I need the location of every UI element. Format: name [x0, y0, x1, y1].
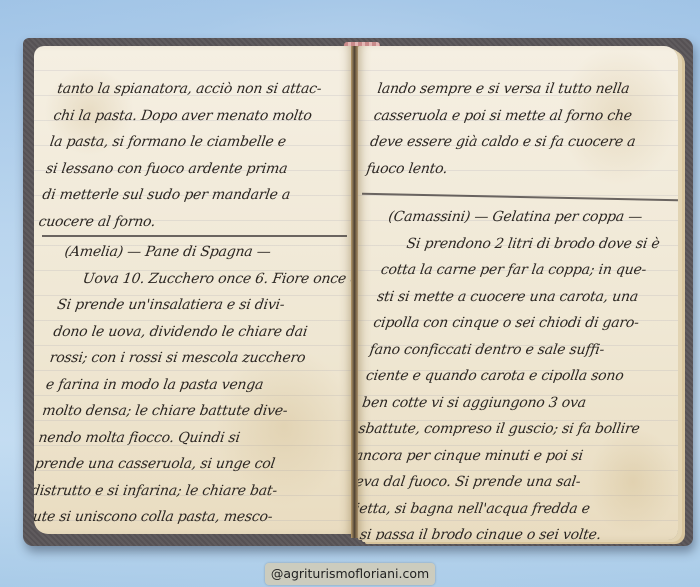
text-line: e farina in modo la pasta venga	[44, 372, 350, 399]
text-line: di metterle sul sudo per mandarle a	[41, 182, 309, 209]
right-page: lando sempre e si versa il tutto nella c…	[358, 46, 678, 540]
text-line: rossi; con i rossi si mescola zucchero	[48, 345, 352, 372]
text-line: casseruola e poi si mette al forno che	[372, 103, 641, 130]
text-line: dono le uova, dividendo le chiare dai	[52, 319, 352, 346]
recipe-author: (Camassini)	[387, 209, 471, 225]
text-line: nendo molta fiocco. Quindi si	[37, 425, 343, 452]
text-line: molto densa; le chiare battute dive-	[40, 398, 346, 425]
text-line: cipolla con cinque o sei chiodi di garo-	[372, 310, 657, 337]
text-line: tanto la spianatora, acciò non si attac-	[55, 76, 323, 103]
text-line: cotta la carne per far la coppa; in que-	[379, 257, 664, 284]
text-line: Uova 10. Zucchero once 6. Fiore once 6.	[59, 266, 352, 293]
watermark-label: @agriturismofloriani.com	[265, 563, 435, 585]
right-continuation-text: lando sempre e si versa il tutto nella c…	[365, 76, 645, 182]
section-divider	[42, 235, 347, 237]
text-line: ben cotte vi si aggiungono 3 ova	[360, 390, 645, 417]
recipe-title: Gelatina per coppa	[491, 209, 625, 225]
text-line: Si prendono 2 litri di brodo dove si è	[383, 231, 668, 258]
text-line: leva dal fuoco. Si prende una sal-	[358, 469, 634, 496]
recipe-gelatina-per-coppa: (Camassini) — Gelatina per coppa — Si pr…	[358, 204, 671, 540]
text-line: lando sempre e si versa il tutto nella	[376, 76, 645, 103]
text-line: fuoco lento.	[365, 156, 634, 183]
text-line: la pasta, si formano le ciambelle e	[48, 129, 316, 156]
text-line: sti si mette a cuocere una carota, una	[375, 284, 660, 311]
recipe-author: (Amelia)	[64, 244, 125, 260]
recipe-title: Pane di Spagna	[144, 244, 253, 260]
recipe-heading: (Amelia) — Pane di Spagna —	[63, 239, 352, 266]
heading-dash: —	[256, 244, 272, 260]
text-line: Si prende un'insalatiera e si divi-	[55, 292, 352, 319]
heading-dash: —	[627, 209, 643, 225]
text-line: prende una casseruola, si unge col	[34, 451, 339, 478]
text-line: ciente e quando carota e cipolla sono	[364, 363, 649, 390]
left-page: tanto la spianatora, acciò non si attac-…	[34, 46, 352, 534]
text-line: chi la pasta. Dopo aver menato molto	[52, 103, 320, 130]
text-line: tute si uniscono colla pasta, mesco-	[34, 504, 332, 531]
text-line: distrutto e si infarina; le chiare bat-	[34, 478, 335, 505]
recipe-heading: (Camassini) — Gelatina per coppa —	[386, 204, 671, 231]
left-continuation-text: tanto la spianatora, acciò non si attac-…	[37, 76, 323, 235]
recipe-pane-di-spagna: (Amelia) — Pane di Spagna — Uova 10. Zuc…	[34, 239, 352, 531]
text-line: ancora per cinque minuti e poi si	[358, 443, 638, 470]
text-line: sbattute, compreso il guscio; si fa boll…	[358, 416, 641, 443]
text-line: si lessano con fuoco ardente prima	[44, 156, 312, 183]
text-line: deve essere già caldo e si fa cuocere a	[368, 129, 637, 156]
text-line: fano conficcati dentro e sale suffi-	[368, 337, 653, 364]
text-line: vietta, si bagna nell'acqua fredda e	[358, 496, 630, 523]
text-line: cuocere al forno.	[37, 209, 305, 236]
text-line: vi si passa il brodo cinque o sei volte.	[358, 522, 626, 540]
